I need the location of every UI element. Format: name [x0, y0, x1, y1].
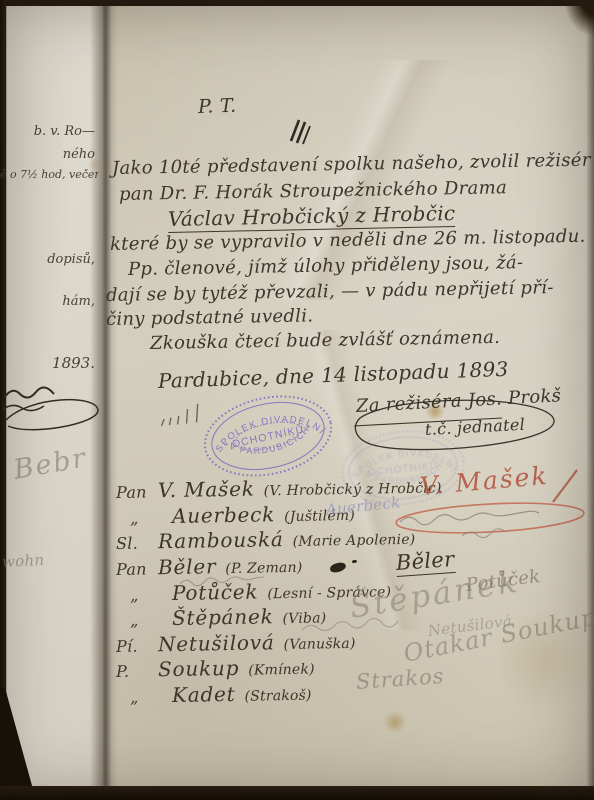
letter-line: činy podstatné uvedli. — [106, 305, 314, 330]
pencil-scribble — [178, 574, 290, 590]
cast-name: Netušilová — [158, 630, 275, 656]
cast-prefix: „ — [116, 508, 172, 528]
cast-prefix: Sl. — [116, 533, 158, 553]
red-circle-with-pencil-note — [392, 498, 588, 544]
cast-name: Rambouská — [158, 527, 284, 553]
cast-prefix: „ — [116, 610, 172, 630]
left-page-fragment: ného — [0, 147, 99, 162]
cast-name: V. Mašek — [158, 477, 255, 503]
left-page-fragment: 1893. — [0, 354, 99, 372]
cast-row: „Auerbeck(Juštilém) — [116, 501, 355, 529]
book-photo: b. v. Ro— ného ě o 7½ hod, večer dopisů,… — [0, 0, 594, 800]
photo-edge-right — [586, 0, 594, 800]
cast-row: „Štěpánek(Viba) — [116, 603, 327, 631]
wohn-pencil-note: wohn — [2, 551, 45, 571]
ink-flourish-scribble — [0, 386, 102, 444]
photo-corner-top-right — [548, 0, 594, 56]
left-page-fragment: ě o 7½ hod, večer — [0, 168, 99, 181]
cast-prefix: Pan — [116, 559, 158, 579]
left-page-fragment: b. v. Ro— — [0, 124, 99, 139]
cast-prefix: P. — [116, 661, 158, 681]
left-page-fragment: hám, — [0, 294, 99, 309]
photo-edge-top — [0, 0, 594, 6]
cast-prefix: „ — [116, 585, 172, 605]
cast-prefix: „ — [116, 687, 172, 707]
cast-prefix: Pí. — [116, 636, 158, 656]
pencil-scribble — [300, 620, 420, 634]
cast-name: Auerbeck — [172, 502, 275, 528]
salutation: P. T. — [198, 95, 237, 118]
hatch-mark — [286, 116, 312, 146]
photo-edge-bottom — [0, 786, 594, 800]
cast-row: „Kadet(Strakoš) — [116, 681, 312, 708]
cast-name: Štěpánek — [172, 604, 274, 630]
cast-role: (Vanuška) — [283, 636, 355, 653]
cast-row: P.Soukup(Kmínek) — [116, 655, 315, 682]
cast-role: (V. Hrobčický z Hrobčic) — [264, 480, 442, 499]
play-title: Václav Hrobčický z Hrobčic — [168, 201, 456, 231]
cast-prefix: Pan — [116, 482, 158, 502]
beler-ink-signature: Běler — [395, 547, 455, 577]
cast-name: Kadet — [172, 682, 236, 707]
cast-name: Soukup — [158, 656, 240, 681]
cast-role: (Strakoš) — [244, 688, 311, 705]
cast-role: (Kmínek) — [248, 662, 315, 679]
left-page-fragment: dopisů, — [0, 252, 99, 267]
